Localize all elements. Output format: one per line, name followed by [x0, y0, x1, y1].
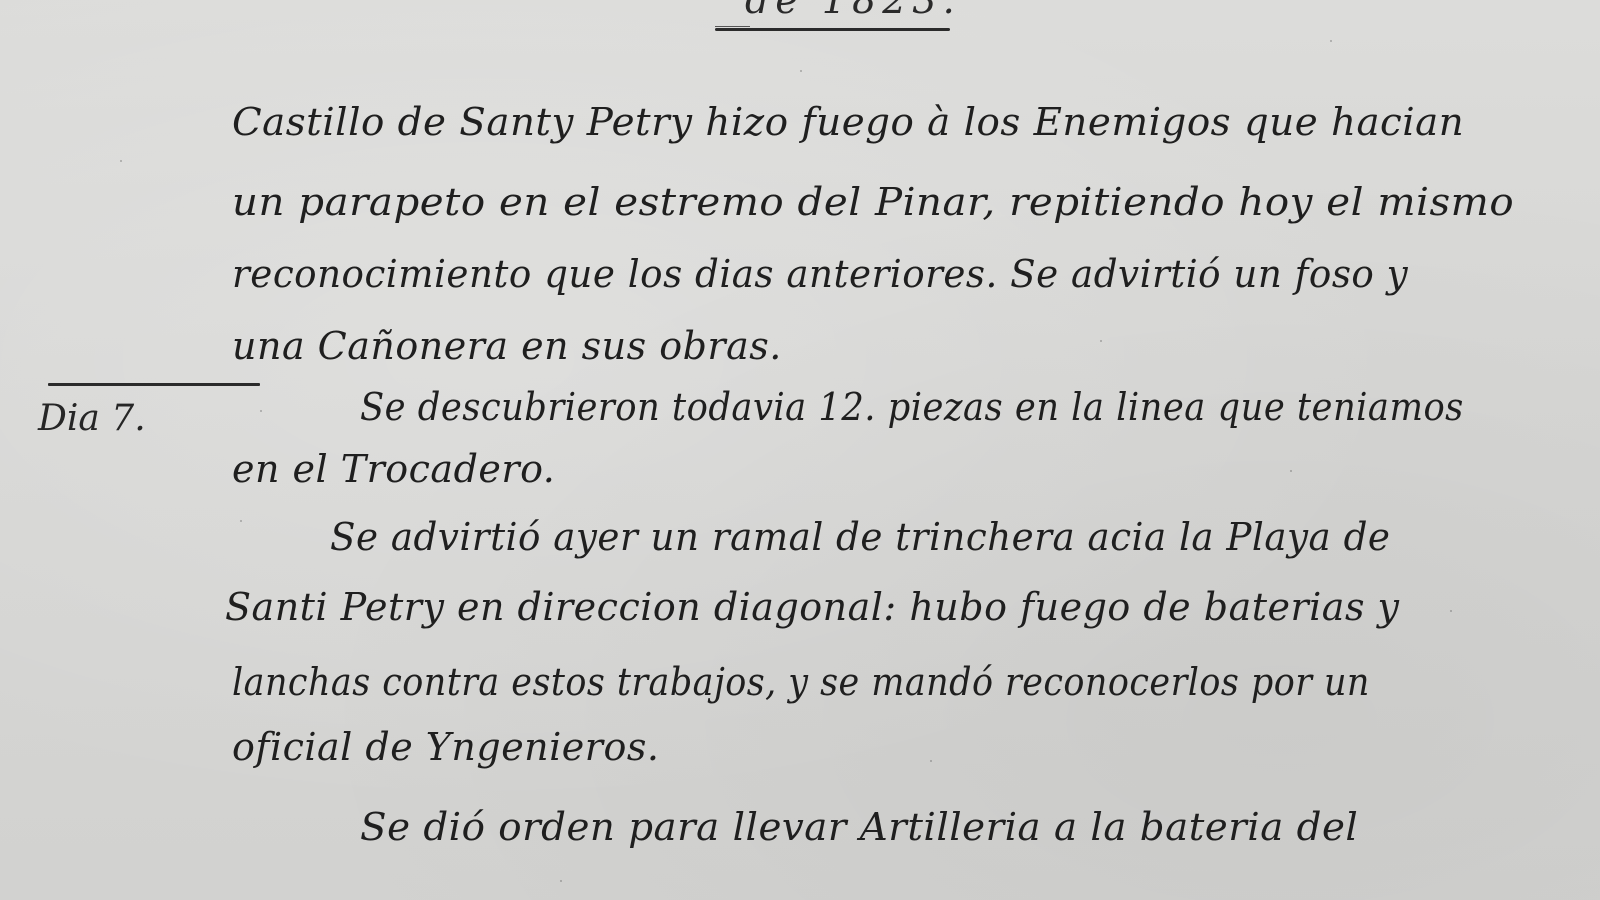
manuscript-line: un parapeto en el estremo del Pinar, rep… — [232, 180, 1514, 224]
manuscript-line: Se dió orden para llevar Artilleria a la… — [360, 805, 1358, 849]
heading-underline-tail — [715, 26, 750, 27]
paper-speck — [1450, 610, 1452, 612]
paper-speck — [260, 410, 262, 412]
manuscript-line: una Cañonera en sus obras. — [232, 324, 782, 368]
manuscript-line: Castillo de Santy Petry hizo fuego à los… — [232, 100, 1464, 144]
manuscript-line: reconocimiento que los dias anteriores. … — [232, 252, 1408, 296]
manuscript-line: en el Trocadero. — [232, 447, 555, 491]
manuscript-page: de 1823. Dia 7. Castillo de Santy Petry … — [0, 0, 1600, 900]
paper-speck — [560, 880, 562, 882]
manuscript-line: lanchas contra estos trabajos, y se mand… — [232, 660, 1370, 704]
paper-speck — [800, 70, 802, 72]
manuscript-line: oficial de Yngenieros. — [232, 725, 659, 769]
manuscript-line: Se descubrieron todavia 12. piezas en la… — [360, 385, 1464, 429]
manuscript-line: Se advirtió ayer un ramal de trinchera a… — [330, 515, 1390, 559]
paper-speck — [930, 760, 932, 762]
paper-speck — [1290, 470, 1292, 472]
heading-underline — [715, 28, 950, 31]
paper-speck — [120, 160, 122, 162]
manuscript-line: Santi Petry en direccion diagonal: hubo … — [225, 585, 1400, 629]
margin-date-note: Dia 7. — [38, 398, 146, 439]
paper-speck — [240, 520, 242, 522]
page-heading-year: de 1823. — [745, 0, 961, 22]
paper-speck — [1330, 40, 1332, 42]
paper-speck — [1100, 340, 1102, 342]
margin-divider-rule — [48, 383, 260, 386]
